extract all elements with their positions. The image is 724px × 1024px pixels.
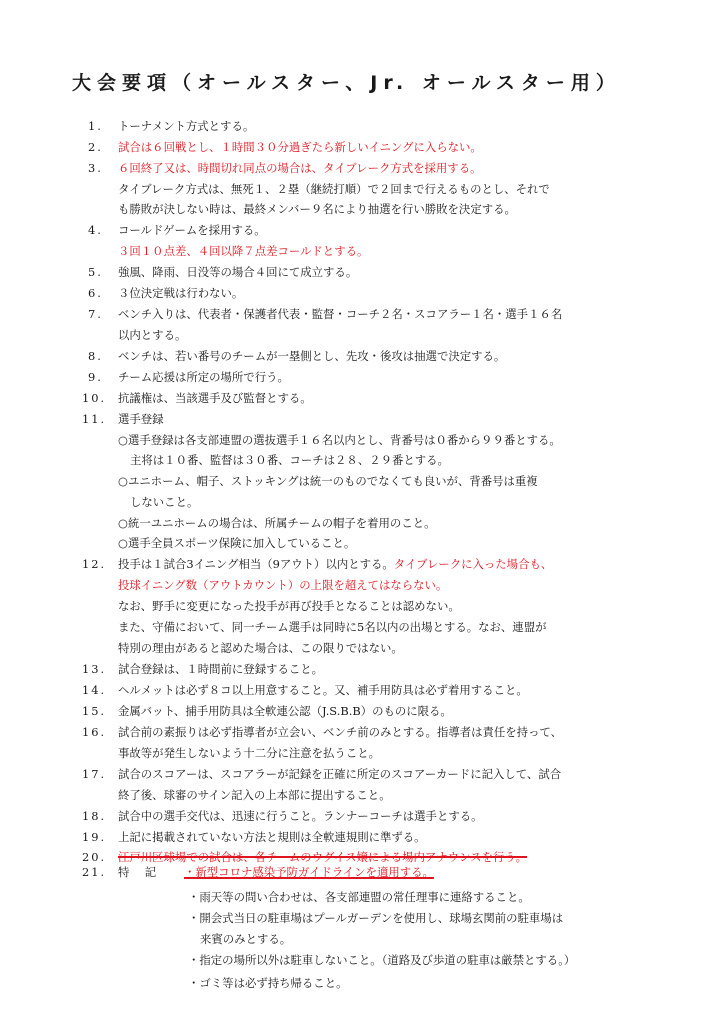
item-number: 10. — [82, 390, 106, 406]
note-text: ・指定の場所以外は駐車しないこと。（道路及び歩道の駐車は厳禁とする。） — [188, 952, 575, 968]
item-number: 15. — [82, 703, 106, 719]
item-text: 事故等が発生しないよう十二分に注意を払うこと。 — [118, 745, 380, 761]
item-number: 8. — [88, 348, 103, 364]
item-text: 上記に掲載されていない方法と規則は全軟連規則に準ずる。 — [118, 829, 426, 845]
note-text: ・雨天等の問い合わせは、各支部連盟の常任理事に連絡すること。 — [188, 889, 530, 905]
item-text-highlight: 投球イニング数（アウトカウント）の上限を超えてはならない。 — [118, 577, 447, 593]
item-number: 18. — [82, 808, 106, 824]
item-text: 試合登録は、１時間前に登録すること。 — [118, 661, 323, 677]
item-number: 11. — [82, 411, 106, 427]
item-subtext: ○選手登録は各支部連盟の選抜選手１６名以内とし、背番号は０番から９９番とする。 — [118, 432, 561, 448]
item-text: 抗議権は、当該選手及び監督とする。 — [118, 390, 312, 406]
item-subtext: ○選手全員スポーツ保険に加入していること。 — [118, 535, 355, 551]
item-text: 試合中の選手交代は、迅速に行うこと。ランナーコーチは選手とする。 — [118, 808, 483, 824]
item-text: ベンチ入りは、代表者・保護者代表・監督・コーチ２名・スコアラー１名・選手１６名 — [118, 306, 562, 322]
item-number: 4. — [88, 222, 103, 238]
document-title: 大会要項（オールスター、Jr. オールスター用） — [72, 68, 672, 95]
item-text-struck: 江戸川区球場での試合は、各チームのウグイス嬢による場内アナウンスを行う。 — [118, 849, 527, 865]
item-subtext: しないこと。 — [130, 494, 198, 510]
item-text: また、守備において、同一チーム選手は同時に5名以内の出場とする。なお、連盟が — [118, 619, 546, 635]
item-text: タイブレーク方式は、無死１、２塁（継続打順）で２回まで行えるものとし、それで — [118, 181, 550, 197]
item-text: ヘルメットは必ず８コ以上用意すること。又、補手用防具は必ず着用すること。 — [118, 682, 528, 698]
item-text: コールドゲームを採用する。 — [118, 222, 266, 238]
item-text: も勝敗が決しない時は、最終メンバー９名により抽選を行い勝敗を決定する。 — [118, 201, 516, 217]
item-number: 5. — [88, 264, 103, 280]
item-text: 終了後、球審のサイン記入の上本部に提出すること。 — [118, 787, 391, 803]
item-number: 3. — [88, 160, 103, 176]
item-number: 13. — [82, 661, 106, 677]
item-text-highlight: 試合は６回戦とし、１時間３０分過ぎたら新しいイニングに入らない。 — [118, 139, 482, 155]
item-text-normal: 投手は１試合3イニング相当（9アウト）以内とする。 — [118, 557, 394, 571]
note-text: ・開会式当日の駐車場はプールガーデンを使用し、球場玄関前の駐車場は — [188, 910, 563, 926]
item-subtext: 主将は１０番、監督は３０番、コーチは２８、２９番とする。 — [130, 452, 449, 468]
item-text: 試合前の素振りは必ず指導者が立会い、ベンチ前のみとする。指導者は責任を持って、 — [118, 724, 562, 740]
item-number: 6. — [88, 285, 103, 301]
item-number: 1. — [88, 118, 103, 134]
item-number: 20. — [82, 849, 106, 865]
item-subtext: ○統一ユニホームの場合は、所属チームの帽子を着用のこと。 — [118, 515, 436, 531]
item-text-highlight: タイブレークに入った場合も、 — [394, 557, 552, 571]
item-text: 投手は１試合3イニング相当（9アウト）以内とする。タイブレークに入った場合も、 — [118, 556, 552, 572]
item-text: 以内とする。 — [118, 327, 186, 343]
item-number: 12. — [82, 556, 106, 572]
item-label: 特 記 — [118, 864, 158, 880]
item-text: 試合のスコアーは、スコアラーが記録を正確に所定のスコアーカードに記入して、試合 — [118, 766, 561, 782]
item-number: 17. — [82, 766, 106, 782]
item-text: 選手登録 — [118, 411, 164, 427]
item-text-highlight: ６回終了又は、時間切れ同点の場合は、タイブレーク方式を採用する。 — [118, 160, 481, 176]
item-text: 金属バット、捕手用防具は全軟連公認（J.S.B.B）のものに限る。 — [118, 703, 452, 719]
item-number: 9. — [88, 369, 103, 385]
item-text-highlight: ３回１０点差、４回以降７点差コールドとする。 — [118, 243, 368, 259]
item-text: 強風、降雨、日没等の場合４回にて成立する。 — [118, 264, 357, 280]
item-number: 7. — [88, 306, 103, 322]
item-text: ベンチは、若い番号のチームが一塁側とし、先攻・後攻は抽選で決定する。 — [118, 348, 505, 364]
note-text: 来賓のみとする。 — [200, 931, 291, 947]
item-number: 14. — [82, 682, 106, 698]
item-subtext: ○ユニホーム、帽子、ストッキングは統一のものでなくても良いが、背番号は重複 — [118, 473, 538, 489]
item-number: 21. — [82, 864, 106, 880]
item-text: ３位決定戦は行わない。 — [118, 285, 243, 301]
item-text-highlight: ・新型コロナ感染予防ガイドラインを適用する。 — [184, 864, 434, 880]
note-text: ・ゴミ等は必ず持ち帰ること。 — [188, 975, 347, 991]
item-number: 2. — [88, 139, 103, 155]
item-text: なお、野手に変更になった投手が再び投手となることは認めない。 — [118, 598, 460, 614]
item-text: トーナメント方式とする。 — [118, 118, 254, 134]
item-number: 16. — [82, 724, 106, 740]
item-text: 特別の理由があると認めた場合は、この限りではない。 — [118, 640, 403, 656]
item-number: 19. — [82, 829, 106, 845]
item-text: チーム応援は所定の場所で行う。 — [118, 369, 289, 385]
